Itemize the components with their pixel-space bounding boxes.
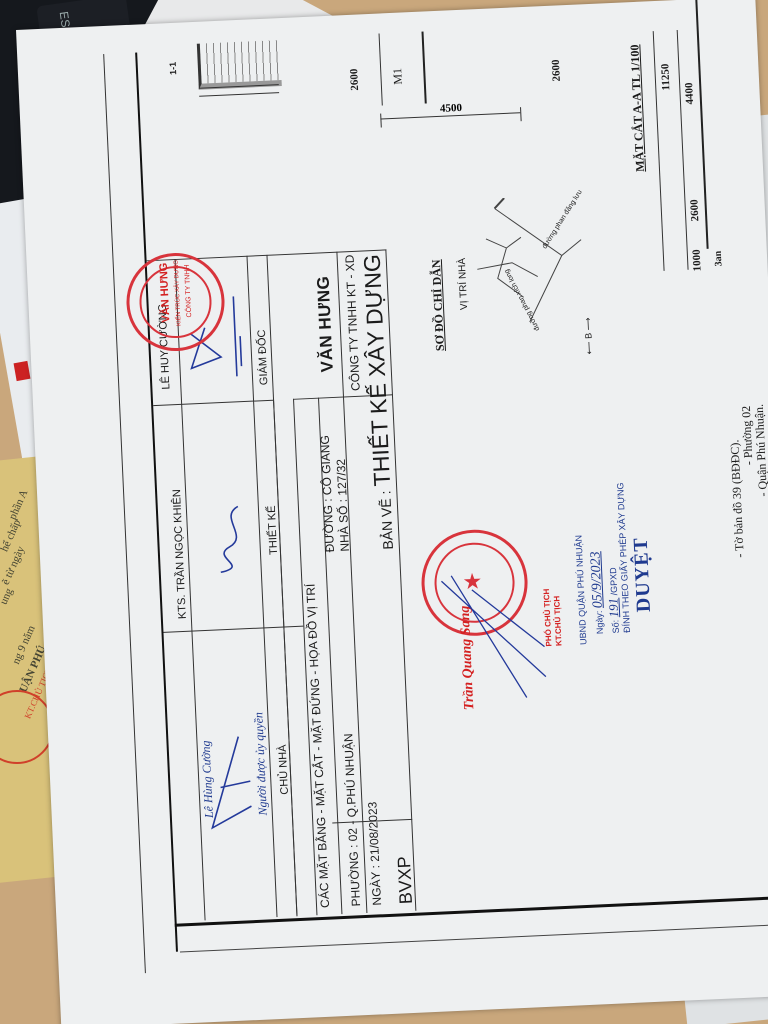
section-title: MẶT CẮT A-A TL 1/100 [627,44,648,172]
map-title: SƠ ĐỒ CHỈ DẪN [429,259,448,351]
approval-title: DUYỆT [630,537,656,613]
owner-signature [188,726,263,839]
drawing-code: BVXP [394,856,417,905]
drawing-title: THIẾT KẾ XÂY DỰNG [359,254,396,487]
sheet-margin-line [103,54,146,973]
detail-section-graphic [197,40,282,90]
sheet-edge-line [180,924,768,953]
location-map-sketch [464,193,610,329]
house-location-label: VỊ TRÍ NHÀ [457,258,470,310]
north-arrow-icon: ⟵ B ⟶ [583,317,596,354]
company-brand: VĂN HƯNG [313,275,337,372]
title-block: CÔNG TY TNHH KT - XD VĂN HƯNG BẢN VẼ : T… [147,249,417,921]
detail-label: 1-1 [168,62,179,75]
official-signature-strokes [431,566,557,711]
designer-signature [197,496,261,579]
red-logo-icon [14,361,31,381]
construction-drawing-sheet: 1-1 M1 2600 2600 4500 MẶT CẮT A-A TL 1/1… [16,0,768,1024]
